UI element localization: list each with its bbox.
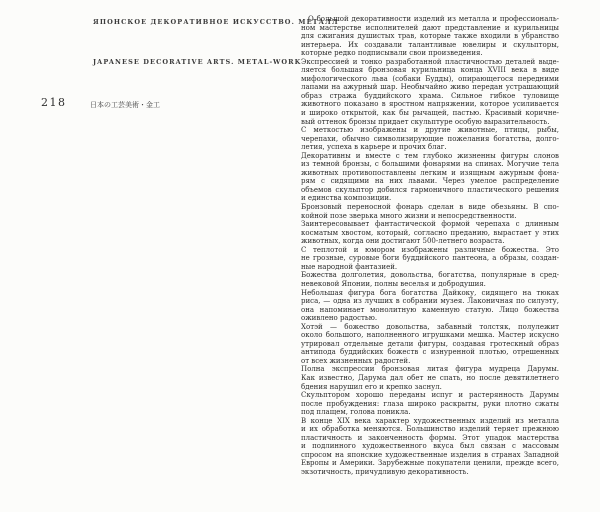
text-line: животных противопоставлены легким и изящ… [301,169,559,178]
paragraph: Хотэй — божество довольства, забавный то… [301,323,559,366]
text-line: образ стража буддийского храма. Сильное … [301,92,559,101]
paragraph: Декоративны и вместе с тем глубоко жизне… [301,152,559,203]
text-line: для сжигания душистых трав, которые такж… [301,32,559,41]
text-line: бдения нарушил его и крепко заснул. [301,383,559,392]
text-line: пластичность и законченность формы. Этот… [301,434,559,443]
paragraph: В конце XIX века характер художественных… [301,417,559,477]
text-line: невековой Японии, полны веселья и доброд… [301,280,559,289]
text-line: ляется большая бронзовая курильница конц… [301,66,559,75]
paragraph: Скульптором хорошо переданы испуг и раст… [301,391,559,417]
paragraph: Экспрессией и тонко разработанной пласти… [301,58,559,126]
paragraph: С теплотой и юмором изображены различные… [301,246,559,272]
text-line: и их обработка меняются. Большинство изд… [301,425,559,434]
paragraph: О большой декоративности изделий из мета… [301,15,559,58]
paragraph: Божества долголетия, довольства, богатст… [301,271,559,288]
text-line: Божества долголетия, довольства, богатст… [301,271,559,280]
text-line: оживлено радостью. [301,314,559,323]
text-line: животных, когда они достигают 500-летнег… [301,237,559,246]
paragraph: Бронзовый переносной фонарь сделан в вид… [301,203,559,220]
text-line: и подлинного художественного вкуса был с… [301,442,559,451]
text-line: после пробуждения: глаза широко раскрыты… [301,400,559,409]
text-line: утрировал отдельные детали фигуры, созда… [301,340,559,349]
text-line: ные народной фантазией. [301,263,559,272]
paragraph: Заинтересовывает фантастической формой ч… [301,220,559,246]
text-line: объемов скульптор добился гармоничного п… [301,186,559,195]
text-line: антипода буддийских божеств с изнуренной… [301,348,559,357]
text-line: лапами на ажурный шар. Необычайно живо п… [301,83,559,92]
text-line: из темной бронзы, с большими фонарями на… [301,160,559,169]
text-line: Полна экспрессии бронзовая литая фигура … [301,365,559,374]
text-line: мифологического льва (собаки Будды), опи… [301,75,559,84]
body-text: О большой декоративности изделий из мета… [301,15,559,477]
text-line: О большой декоративности изделий из мета… [301,15,559,24]
text-line: которые редко подписывали свои произведе… [301,49,559,58]
text-line: от всех жизненных радостей. [301,357,559,366]
paragraph: Небольшая фигура бога богатства Дайкоку,… [301,289,559,323]
text-line: Европы и Америки. Зарубежные покупатели … [301,459,559,468]
english-header: JAPANESE DECORATIVE ARTS. METAL-WORK [93,58,301,66]
text-line: Декоративны и вместе с тем глубоко жизне… [301,152,559,161]
text-line: рям с сидящими на них львами. Через умел… [301,177,559,186]
page-number: 218 [41,96,67,109]
text-line: интерьера. Их создавали талантливые ювел… [301,41,559,50]
text-line: Экспрессией и тонко разработанной пласти… [301,58,559,67]
text-line: и широко открытой, как бы рычащей, пасть… [301,109,559,118]
text-line: С меткостью изображены и другие животные… [301,126,559,135]
text-line: черепахи, обычно символизирующие пожелан… [301,135,559,144]
text-line: ном мастерстве исполнителей дают предста… [301,24,559,33]
text-line: Хотэй — божество довольства, забавный то… [301,323,559,332]
japanese-title: 日本の工芸美術・金工 [90,100,160,110]
text-line: не грозные, суровые боги буддийского пан… [301,254,559,263]
text-line: косматым хвостом, который, согласно пред… [301,229,559,238]
text-line: спросом на японские художественные издел… [301,451,559,460]
text-line: животного показано в яростном напряжении… [301,100,559,109]
text-line: Как известно, Дарума дал обет не спать, … [301,374,559,383]
text-line: Заинтересовывает фантастической формой ч… [301,220,559,229]
paragraph: С меткостью изображены и другие животные… [301,126,559,152]
text-line: летия, успеха в карьере и прочих благ. [301,143,559,152]
text-line: около большого, наполненного игрушками м… [301,331,559,340]
text-line: Бронзовый переносной фонарь сделан в вид… [301,203,559,212]
text-line: В конце XIX века характер художественных… [301,417,559,426]
text-line: Скульптором хорошо переданы испуг и раст… [301,391,559,400]
book-spread: ЯПОНСКОЕ ДЕКОРАТИВНОЕ ИСКУССТВО. МЕТАЛЛ … [0,0,600,512]
text-line: Небольшая фигура бога богатства Дайкоку,… [301,289,559,298]
text-line: койной позе зверька много жизни и непоср… [301,212,559,221]
text-line: вый оттенок бронзы придает скульптуре ос… [301,118,559,127]
text-line: риса, — одна из лучших в собрании музея.… [301,297,559,306]
text-line: под плащем, голова поникла. [301,408,559,417]
paragraph: Полна экспрессии бронзовая литая фигура … [301,365,559,391]
text-line: и единства композиции. [301,194,559,203]
text-line: С теплотой и юмором изображены различные… [301,246,559,255]
text-line: она напоминает монолитную каменную стату… [301,306,559,315]
text-line: экзотичность, причудливую декоративность… [301,468,559,477]
